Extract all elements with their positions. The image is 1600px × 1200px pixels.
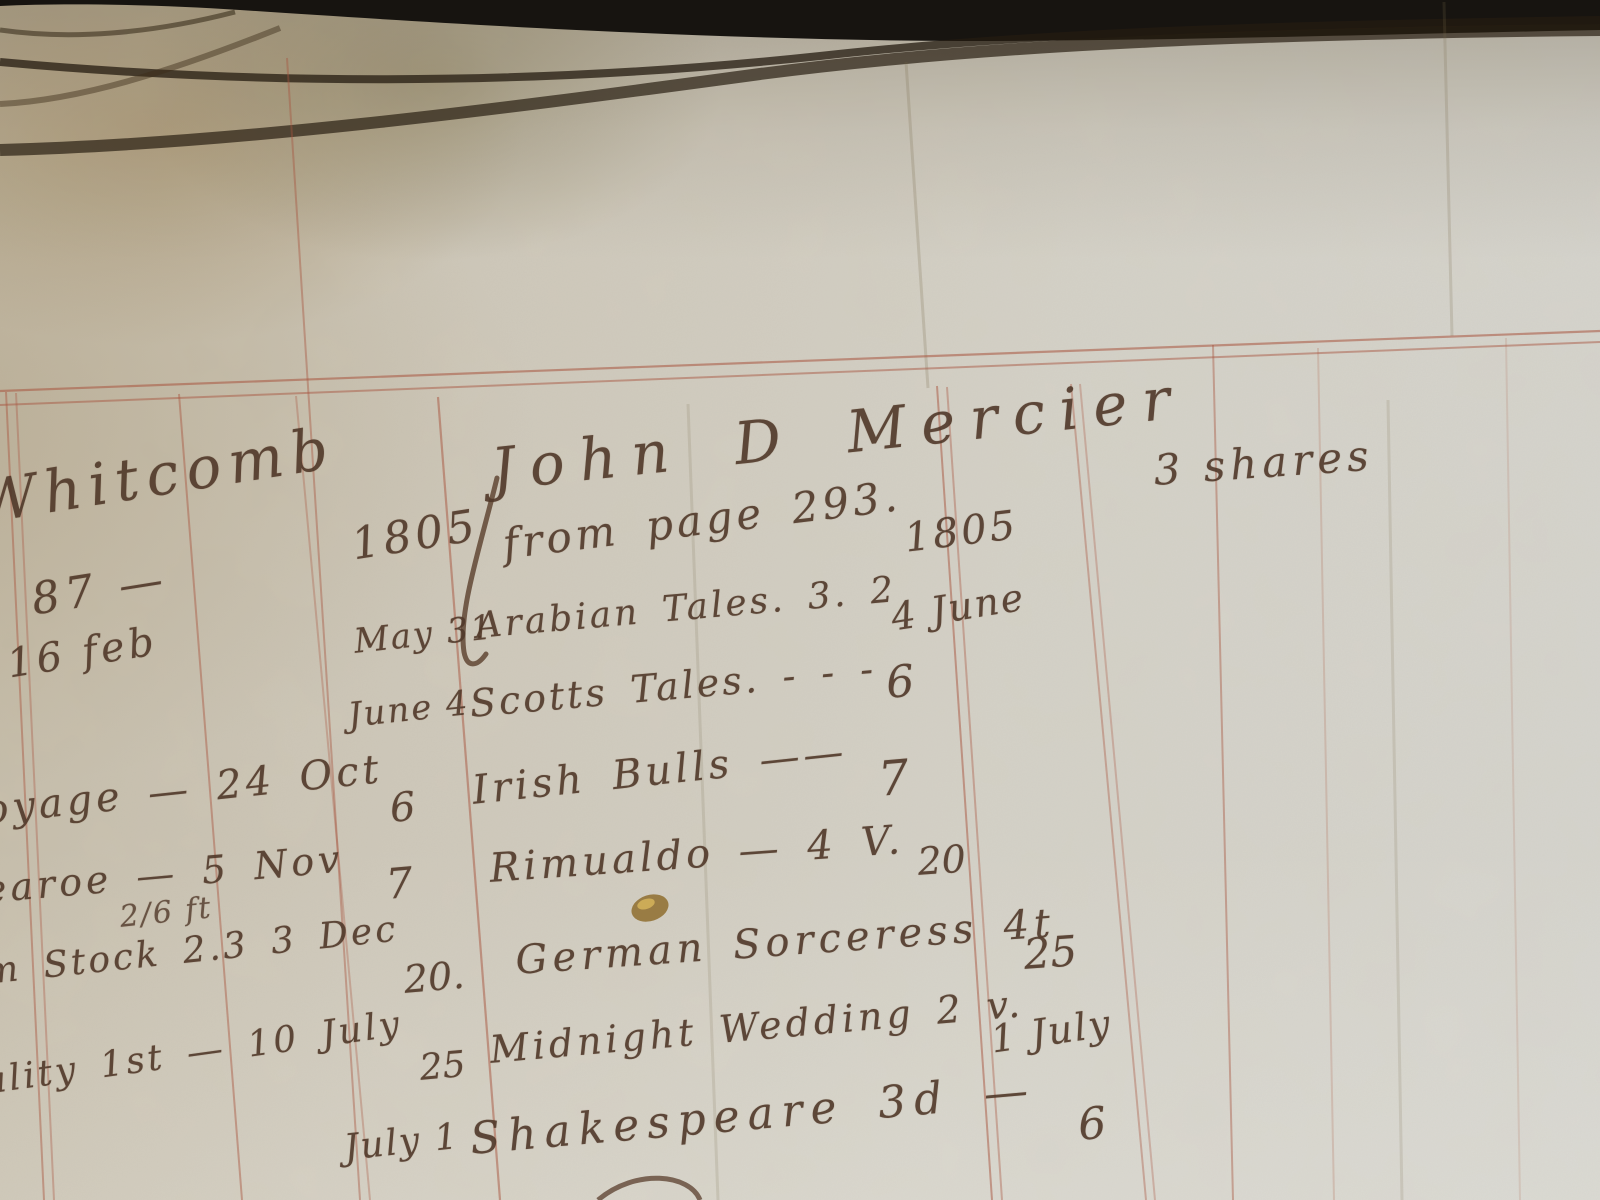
left-account-row: ality 1st — 10 July (0, 1003, 405, 1102)
left-account-row: oyage — 24 Oct (0, 746, 385, 834)
entry-date: 6 (388, 784, 417, 832)
entry-return: 20 (916, 837, 967, 884)
entry-title: Arabian Tales. 3. 2 (474, 569, 898, 647)
left-account-row: 16 feb (4, 618, 161, 687)
owner-shares: 3 shares (1152, 431, 1375, 495)
entry-return: 6 (884, 656, 916, 709)
left-account-row: 87 — (28, 553, 172, 625)
entry-date: 25 (418, 1044, 467, 1089)
entry-return: 6 (1076, 1098, 1108, 1151)
entry-return: 4 June (888, 575, 1028, 640)
entry-title: Midnight Wedding 2 v. (488, 981, 1025, 1072)
entry-title: Shakespeare 3d — (468, 1065, 1038, 1165)
entry-title: German Sorceress 4t (514, 900, 1057, 984)
entry-title: Irish Bulls —— (470, 729, 849, 814)
entry-date: 7 (384, 858, 415, 909)
entry-return: 7 (876, 749, 911, 807)
handwriting-layer: Whitcomb 87 — 16 feb oyage — 24 Oct earo… (0, 0, 1600, 1200)
ledger-page-photo: Whitcomb 87 — 16 feb oyage — 24 Oct earo… (0, 0, 1600, 1200)
left-account-name: Whitcomb (0, 413, 341, 537)
entry-date: June 4 (346, 683, 472, 736)
entry-return: 25 (1022, 926, 1079, 979)
year-label-date-column: 1805 (348, 500, 482, 570)
entry-date: July 1 (342, 1116, 461, 1169)
entry-title: Rimualdo — 4 V. (488, 817, 905, 892)
year-label-return-column: 1805 (902, 502, 1021, 562)
entry-title: Scotts Tales. - - - (468, 646, 878, 725)
entry-date: 20. (402, 953, 466, 1002)
